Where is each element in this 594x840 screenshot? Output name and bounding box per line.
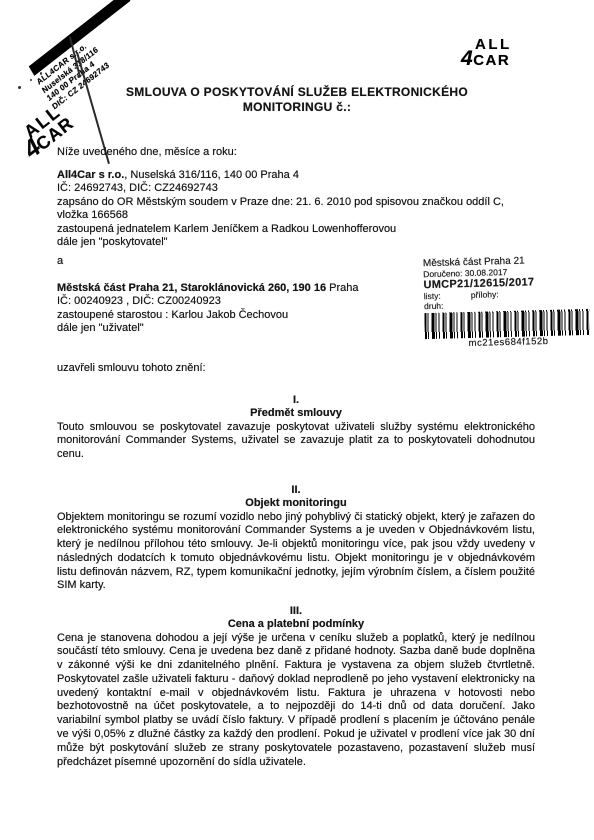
listy-label: listy: (424, 291, 441, 301)
user-name: Městská část Praha 21, Staroklánovická 2… (57, 282, 326, 294)
provider-registration: zapsáno do OR Městským soudem v Praze dn… (57, 196, 535, 209)
provider-representatives: zastoupená jednatelem Karlem Jeníčkem a … (57, 223, 535, 236)
filing-stamp: Městská část Praha 21 Doručeno: 30.08.20… (423, 254, 592, 351)
provider-registration-2: vložka 166568 (57, 209, 535, 222)
preamble-line: uzavřeli smlouvu tohoto znění: (57, 362, 206, 375)
ink-speckle (40, 72, 42, 75)
user-party-block: Městská část Praha 21, Staroklánovická 2… (57, 282, 417, 336)
provider-alias: dále jen "poskytovatel" (57, 236, 535, 249)
section-cena-a-platebni-podminky: III. Cena a platební podmínky Cena je st… (57, 605, 535, 769)
section-body: Cena je stanovena dohodou a její výše je… (57, 632, 535, 770)
provider-party-block: All4Car s r.o., Nuselská 316/116, 140 00… (57, 169, 535, 249)
parties-connector: a (57, 255, 63, 268)
title-line-2: MONITORINGU č.: (0, 100, 594, 115)
title-line-1: SMLOUVA O POSKYTOVÁNÍ SLUŽEB ELEKTRONICK… (0, 85, 594, 100)
provider-ic-dic: IČ: 24692743, DIČ: CZ24692743 (57, 182, 535, 195)
section-predmet-smlouvy: I. Předmět smlouvy Touto smlouvou se pos… (57, 394, 535, 462)
user-alias: dále jen "uživatel" (57, 322, 417, 335)
section-number: I. (57, 394, 535, 407)
section-number: III. (57, 605, 535, 618)
section-heading: Předmět smlouvy (57, 407, 535, 421)
section-body: Touto smlouvou se poskytovatel zavazuje … (57, 421, 535, 462)
company-ink-stamp: ALL4CAR s.r.o. Nuselská 318/116 140 00 P… (0, 0, 193, 162)
ink-speckle (30, 79, 32, 81)
prilohy-label: přílohy: (471, 289, 499, 300)
spacer (441, 290, 471, 301)
scanned-contract-page: ALL4CAR s.r.o. Nuselská 318/116 140 00 P… (0, 0, 594, 840)
section-body: Objektem monitoringu se rozumí vozidlo n… (57, 511, 535, 594)
section-heading: Cena a platební podmínky (57, 618, 535, 632)
provider-address: , Nuselská 316/116, 140 00 Praha 4 (124, 169, 299, 181)
section-objekt-monitoringu: II. Objekt monitoringu Objektem monitori… (57, 484, 535, 593)
user-name-address: Městská část Praha 21, Staroklánovická 2… (57, 282, 417, 295)
user-name-rest: Praha (326, 282, 358, 294)
document-title: SMLOUVA O POSKYTOVÁNÍ SLUŽEB ELEKTRONICK… (0, 85, 594, 115)
provider-name-address: All4Car s r.o., Nuselská 316/116, 140 00… (57, 169, 535, 182)
section-number: II. (57, 484, 535, 497)
all4car-logo-header: ALL 4CAR (461, 38, 512, 68)
logo-text-car: CAR (473, 52, 510, 69)
logo-text-bottom: 4CAR (461, 51, 512, 68)
intro-line: Níže uvedeného dne, měsíce a roku: (57, 146, 237, 159)
user-ic-dic: IČ: 00240923 , DIČ: CZ00240923 (57, 295, 417, 308)
section-heading: Objekt monitoringu (57, 497, 535, 511)
user-representative: zastoupené starostou : Karlou Jakob Čech… (57, 309, 417, 322)
provider-name: All4Car s r.o. (57, 169, 124, 181)
